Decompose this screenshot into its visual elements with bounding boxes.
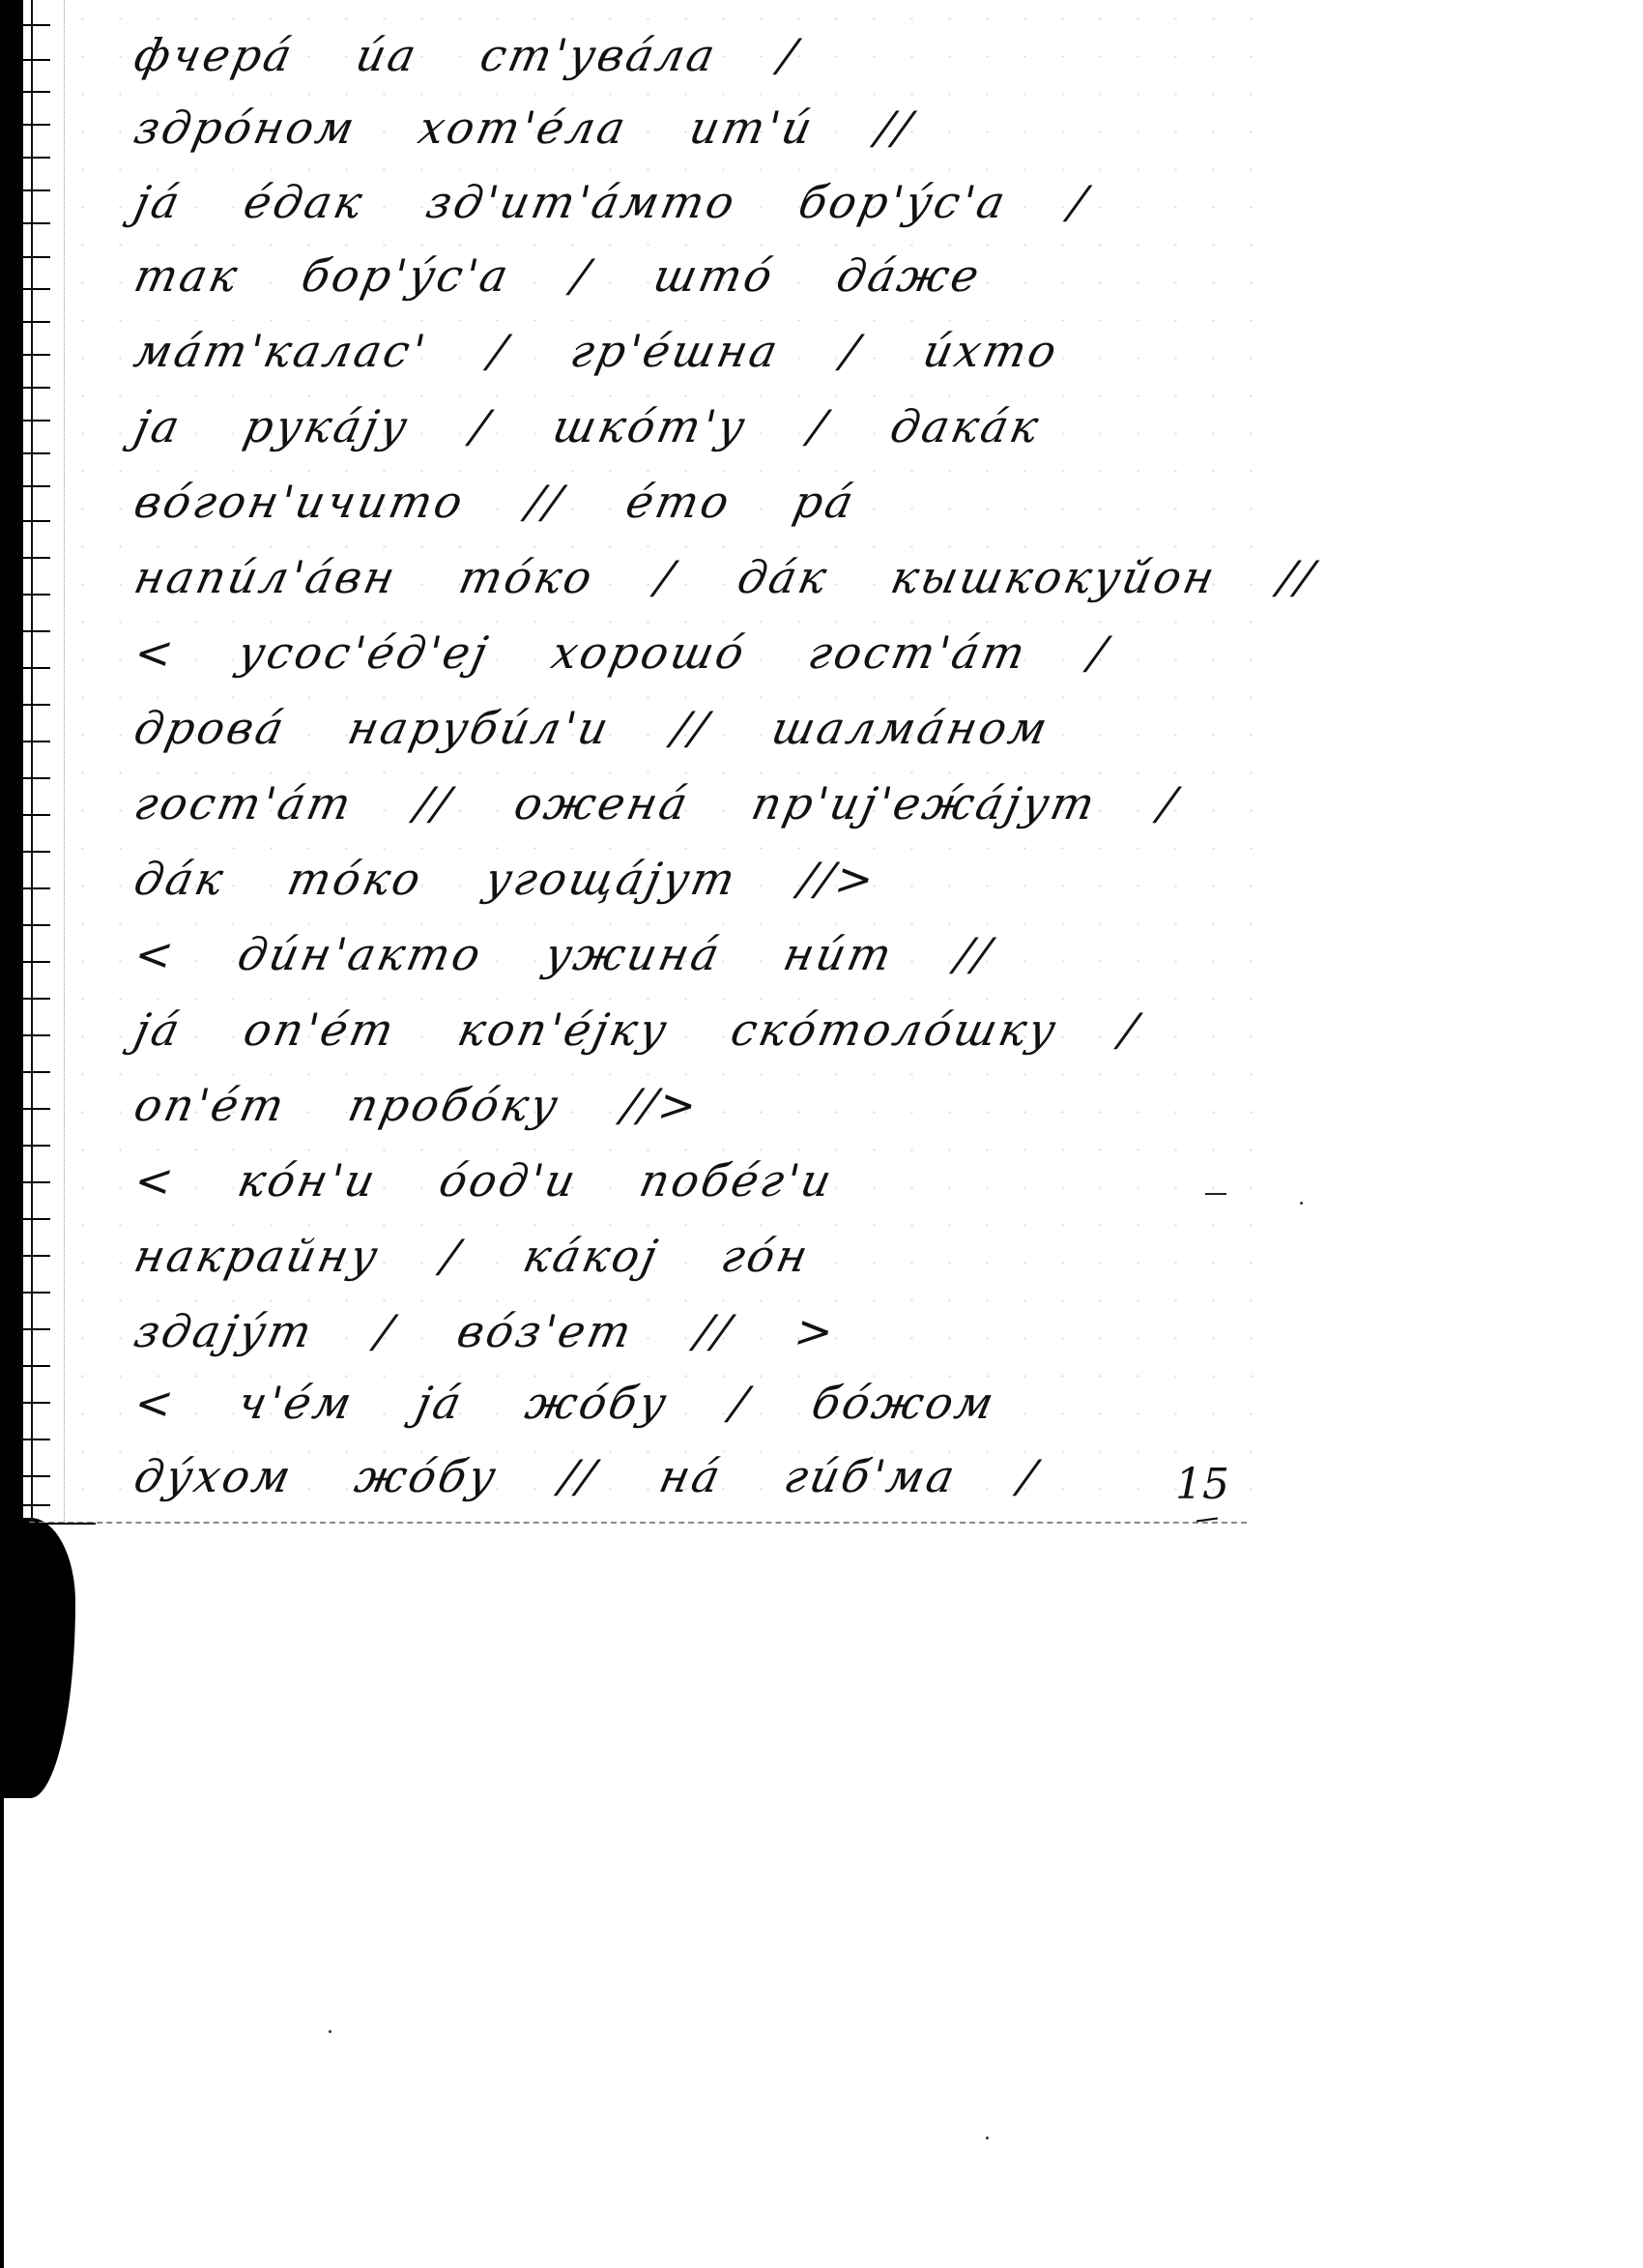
scanned-page: фчера́ и́а ст'ува́ла / здро́ном хот'е́ла…	[0, 0, 1643, 2268]
scan-shadow	[0, 1518, 75, 1798]
text-line: здро́ном хот'е́ла ит'и́ //	[130, 102, 918, 154]
binding-edge	[0, 0, 23, 1527]
scan-speck	[329, 2030, 331, 2033]
text-line: ја рука́ју / шко́т'у / дака́к	[130, 400, 1046, 452]
scan-speck	[1300, 1202, 1303, 1205]
text-line: ја́ оп'е́т коп'е́јку ско́толо́шку /	[130, 1003, 1144, 1056]
text-line: < ди́н'акто ужина́ ни́т //	[130, 928, 997, 980]
text-line: здају́т / во́з'ет // >	[130, 1305, 841, 1357]
text-line: во́гон'ичито // е́то ра́	[130, 476, 860, 528]
dotted-grid	[64, 0, 1253, 1523]
page-number: 15	[1175, 1460, 1229, 1509]
text-line: < усос'е́д'еј хорошо́ гост'а́т /	[130, 626, 1113, 679]
text-line: так бор'у́с'а / што́ да́же	[130, 249, 986, 302]
text-line: напи́л'а́вн то́ко / да́к кышкокуй́он //	[130, 551, 1320, 603]
text-line: фчера́ и́а ст'ува́ла /	[130, 29, 803, 81]
text-line: да́к то́ко угоща́јут //>	[130, 853, 881, 905]
text-line: оп'е́т пробо́ку //>	[130, 1079, 705, 1131]
text-line: < ко́н'и о́од'и побе́г'и	[130, 1154, 839, 1207]
text-line: ма́т'калас' / гр'е́шна / и́хто	[130, 325, 1064, 377]
text-line: ја́ е́дак зд'ит'а́мто бор'у́с'а /	[130, 176, 1093, 228]
stray-mark	[1205, 1193, 1226, 1195]
text-line: накрайну / ка́кој го́н	[130, 1230, 815, 1282]
bottom-rule	[29, 1522, 1247, 1524]
text-line: ду́хом жо́бу // на́ ги́б'ма /	[130, 1450, 1043, 1502]
bottom-rule-solid	[23, 1523, 96, 1525]
margin-ticks	[23, 0, 81, 1527]
text-line: < ч'е́м ја́ жо́бу / бо́жом	[130, 1377, 1001, 1429]
scan-speck	[986, 2137, 989, 2139]
text-line: дрова́ наруби́л'и // шалма́ном	[130, 702, 1054, 754]
text-line: гост'а́т // ожена́ пр'иј'еж́а́јут /	[130, 777, 1183, 829]
